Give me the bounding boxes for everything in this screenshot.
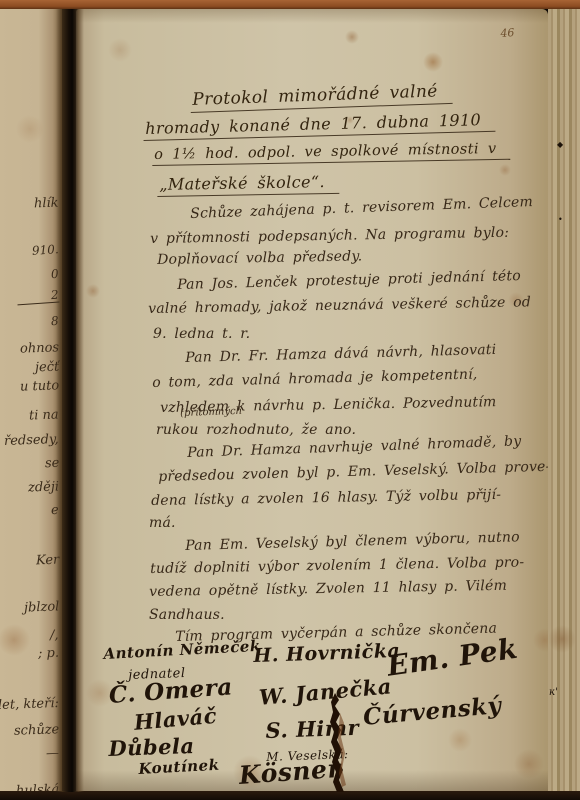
manuscript-line: Sandhaus.	[149, 607, 225, 623]
protocol-page: 46 Protokol mimořádné valné hromady kona…	[76, 9, 548, 792]
signature: H. Hovrnička	[253, 640, 401, 667]
left-page-fragment: ohnos	[20, 340, 60, 356]
manuscript-line: vedena opětně lístky. Zvolen 11 hlasy p.…	[149, 578, 507, 600]
ink-speck: ◆	[557, 140, 563, 149]
page-stack-edge: ◆ • ĸ'	[548, 9, 580, 792]
signature: Koutínek	[138, 756, 220, 778]
manuscript-line: má.	[149, 515, 176, 531]
signature: Hlaváč	[133, 703, 218, 735]
manuscript-line: valné hromady, jakož neuznává veškeré sc…	[148, 294, 531, 317]
ink-speck: •	[558, 215, 563, 224]
book-cover-top-strip	[0, 0, 580, 9]
manuscript-line: Pan Em. Veselský byl členem výboru, nutn…	[185, 529, 520, 554]
left-page-fragment: zději	[28, 479, 60, 495]
previous-page-sliver: hlík 910. 0 2 8 ohnos ječť u tuto ti na …	[0, 9, 62, 792]
manuscript-line: Doplňovací volba předsedy.	[157, 248, 362, 268]
ink-speck: ĸ'	[549, 687, 558, 698]
manuscript-line: Schůze zahájena p. t. revisorem Em. Celc…	[190, 194, 533, 222]
left-page-fragment: u tuto	[20, 378, 60, 394]
signature: Em. Pek	[385, 632, 520, 683]
manuscript-line: o tom, zda valná hromada je kompetentní,	[152, 366, 478, 391]
manuscript-line: předsedou zvolen byl p. Em. Veselský. Vo…	[158, 459, 548, 485]
minutes-book-photo: hlík 910. 0 2 8 ohnos ječť u tuto ti na …	[0, 0, 580, 800]
title-line: „Mateřské školce“.	[157, 172, 339, 197]
title-line: o 1½ hod. odpol. ve spolkové místnosti v	[152, 141, 511, 166]
left-page-fragment: let, kteří:	[0, 696, 59, 713]
book-binding-gutter-shadow	[56, 9, 84, 792]
paper-tear	[326, 693, 348, 792]
manuscript-line: Pan Dr. Fr. Hamza dává návrh, hlasovati	[185, 342, 496, 366]
signature: Antonín Němeček	[103, 637, 261, 663]
left-page-fragment: jblzol	[23, 599, 59, 615]
left-page-fragment: ředsedy,	[4, 432, 59, 449]
manuscript-line: Pan Jos. Lenček protestuje proti jednání…	[177, 268, 521, 293]
inserted-word-above-line: (přítomných	[180, 406, 242, 419]
title-line: hromady konané dne 17. dubna 1910	[143, 110, 495, 141]
left-page-fragment: ti na	[29, 407, 59, 423]
left-page-fragment-sum: 2	[17, 288, 60, 306]
manuscript-line: rukou rozhodnuto, že ano.	[156, 422, 356, 438]
manuscript-line: 9. ledna t. r.	[153, 326, 250, 342]
manuscript-line: dena lístky a zvolen 16 hlasy. Týž volbu…	[151, 487, 501, 509]
manuscript-line: tudíž doplniti výbor zvolením 1 člena. V…	[150, 554, 524, 577]
title-line: Protokol mimořádné valné	[190, 81, 452, 113]
page-number: 46	[500, 26, 515, 40]
left-page-fragment: schůze	[14, 722, 60, 739]
manuscript-line: v přítomnosti podepsaných. Na programu b…	[150, 225, 509, 247]
book-cover-bottom-strip	[0, 791, 580, 800]
